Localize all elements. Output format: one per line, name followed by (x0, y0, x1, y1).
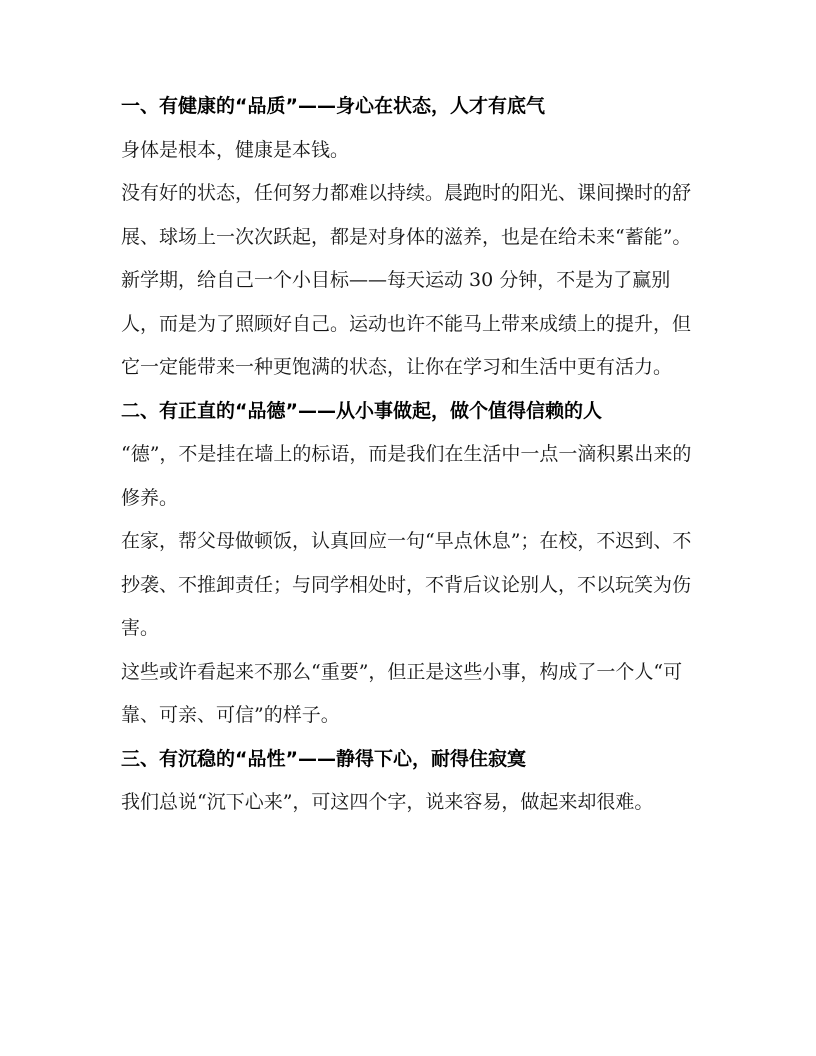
section-composure: 三、有沉稳的“品性”——静得下心，耐得住寂寞 我们总说“沉下心来”，可这四个字，… (121, 738, 698, 825)
section-2-paragraph-3: 这些或许看起来不那么“重要”，但正是这些小事，构成了一个人“可靠、可亲、可信”的… (121, 651, 698, 738)
section-1-paragraph-2: 没有好的状态，任何努力都难以持续。晨跑时的阳光、课间操时的舒展、球场上一次次跃起… (121, 172, 698, 259)
section-1-heading: 一、有健康的“品质”——身心在状态，人才有底气 (121, 85, 698, 129)
section-1-paragraph-1: 身体是根本，健康是本钱。 (121, 129, 698, 173)
section-3-paragraph-1: 我们总说“沉下心来”，可这四个字，说来容易，做起来却很难。 (121, 781, 698, 825)
section-health: 一、有健康的“品质”——身心在状态，人才有底气 身体是根本，健康是本钱。 没有好… (121, 85, 698, 390)
section-2-paragraph-1: “德”，不是挂在墙上的标语，而是我们在生活中一点一滴积累出来的修养。 (121, 433, 698, 520)
section-2-heading: 二、有正直的“品德”——从小事做起，做个值得信赖的人 (121, 390, 698, 434)
section-virtue: 二、有正直的“品德”——从小事做起，做个值得信赖的人 “德”，不是挂在墙上的标语… (121, 390, 698, 738)
section-3-heading: 三、有沉稳的“品性”——静得下心，耐得住寂寞 (121, 738, 698, 782)
section-1-paragraph-3: 新学期，给自己一个小目标——每天运动 30 分钟，不是为了赢别人，而是为了照顾好… (121, 259, 698, 390)
document-page: 一、有健康的“品质”——身心在状态，人才有底气 身体是根本，健康是本钱。 没有好… (0, 0, 816, 1056)
section-2-paragraph-2: 在家，帮父母做顿饭，认真回应一句“早点休息”；在校，不迟到、不抄袭、不推卸责任；… (121, 520, 698, 651)
